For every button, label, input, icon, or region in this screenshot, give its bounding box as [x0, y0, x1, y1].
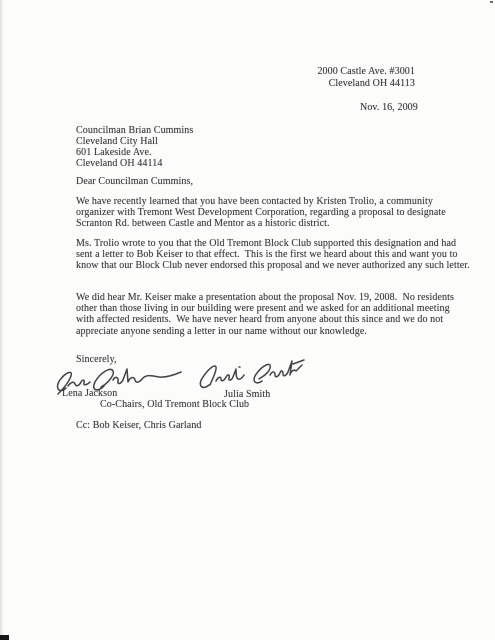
body-paragraph-1: We have recently learned that you have b…: [76, 196, 470, 230]
closing: Sincerely,: [76, 354, 117, 365]
sender-address: 2000 Castle Ave. #3001 Cleveland OH 4411…: [317, 66, 415, 89]
scan-corner-mark: [0, 635, 9, 640]
scan-edge-shadow: [0, 0, 4, 640]
letter-date: Nov. 16, 2009: [360, 102, 418, 113]
cc-line: Cc: Bob Keiser, Chris Garland: [76, 420, 202, 431]
recipient-line: Councilman Brian Cummins: [76, 125, 193, 136]
recipient-line: Cleveland OH 44114: [76, 158, 193, 169]
salutation: Dear Councilman Cummins,: [76, 176, 193, 187]
sender-address-line1: 2000 Castle Ave. #3001: [317, 66, 415, 78]
sender-address-line2: Cleveland OH 44113: [317, 78, 415, 90]
body-paragraph-3: We did hear Mr. Keiser make a presentati…: [76, 292, 470, 337]
signature-title: Co-Chairs, Old Tremont Block Club: [100, 399, 249, 410]
body-paragraph-2: Ms. Trolio wrote to you that the Old Tre…: [76, 238, 470, 272]
recipient-line: Cleveland City Hall: [76, 136, 193, 147]
julia-smith-signature: [196, 354, 308, 394]
scan-speck: [490, 1, 493, 3]
recipient-address: Councilman Brian Cummins Cleveland City …: [76, 125, 193, 169]
recipient-line: 601 Lakeside Ave.: [76, 147, 193, 158]
printed-name-lena: Lena Jackson: [62, 388, 117, 399]
scanned-letter-page: 2000 Castle Ave. #3001 Cleveland OH 4411…: [0, 0, 495, 640]
